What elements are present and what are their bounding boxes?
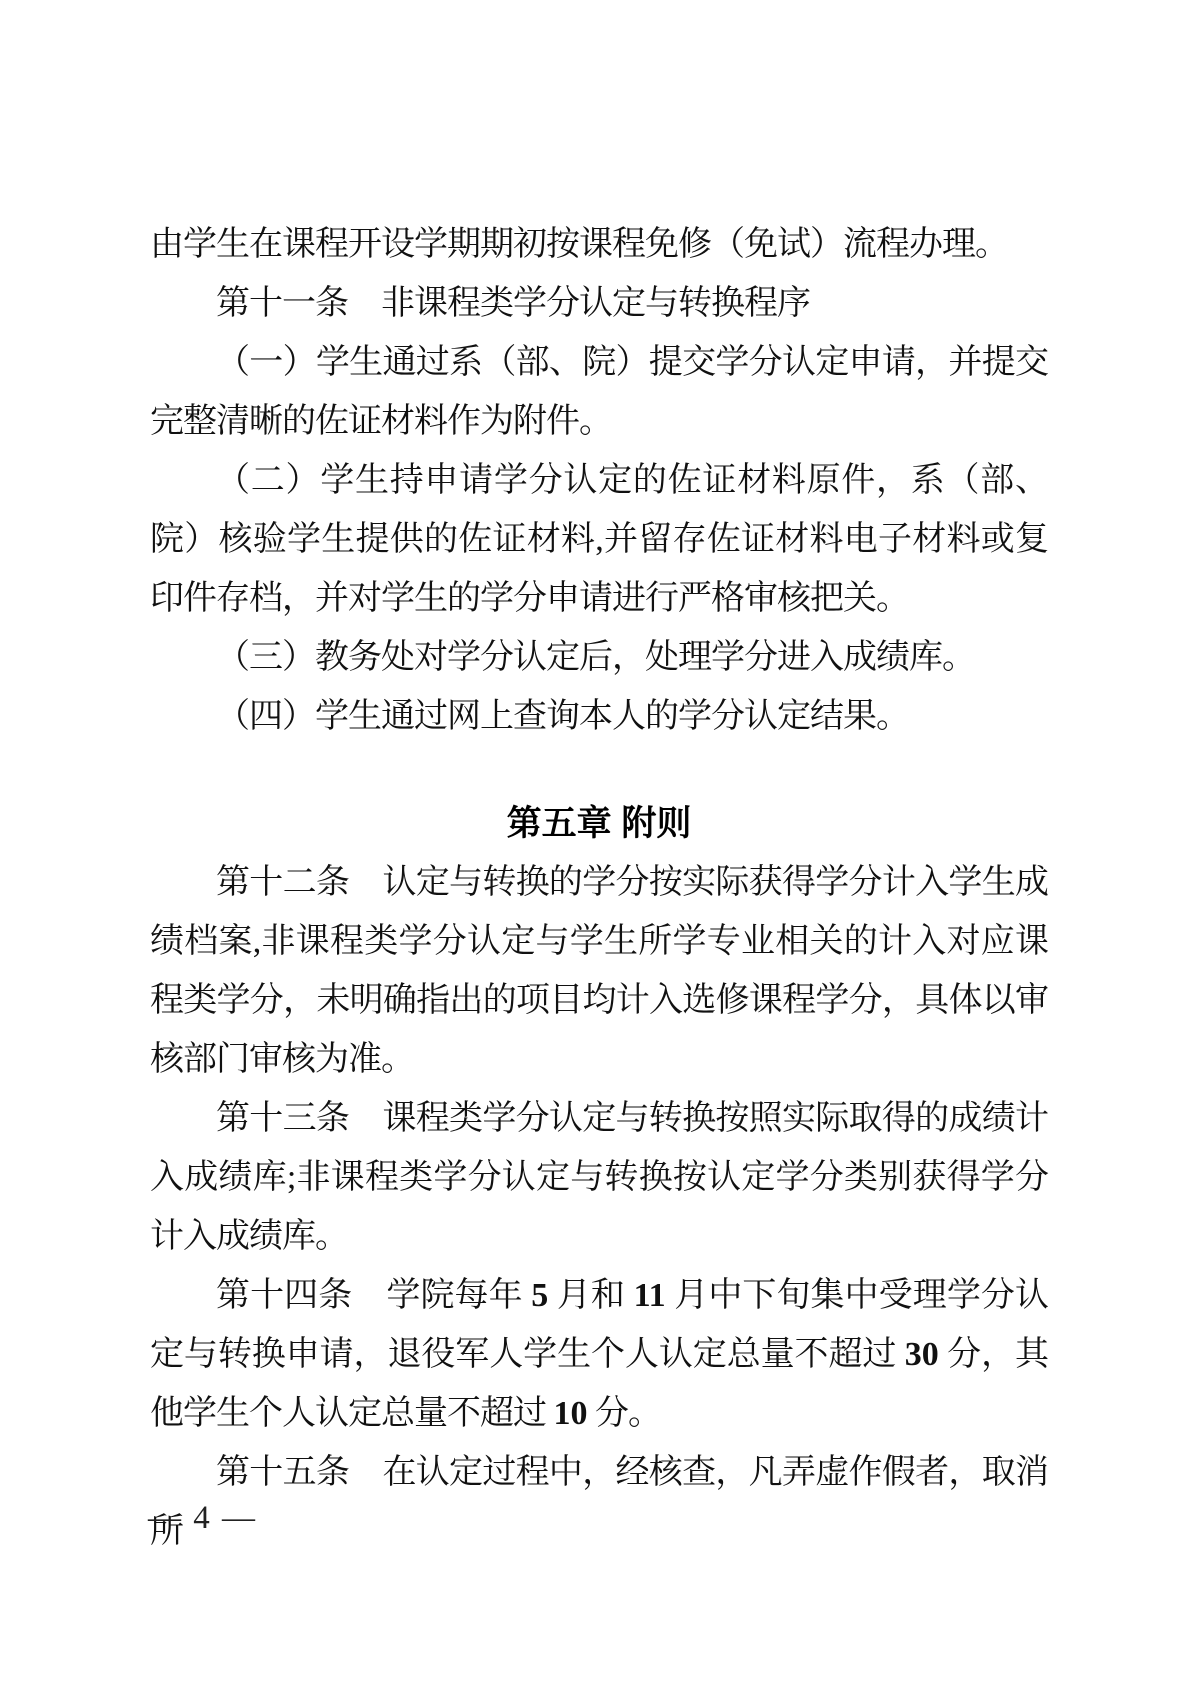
paragraph: 第十一条 非课程类学分认定与转换程序 [150, 274, 1048, 333]
bold-number: 30 [905, 1336, 939, 1373]
document-body: 由学生在课程开设学期期初按课程免修（免试）流程办理。第十一条 非课程类学分认定与… [150, 215, 1048, 1561]
paragraph: 第十五条 在认定过程中，经核查，凡弄虚作假者，取消所 [150, 1443, 1048, 1561]
text-run: 第五章 附则 [507, 804, 692, 843]
bold-number: 5 [531, 1277, 548, 1314]
paragraph: （二）学生持申请学分认定的佐证材料原件，系（部、院）核验学生提供的佐证材料,并留… [150, 451, 1048, 628]
chapter-heading: 第五章 附则 [150, 794, 1048, 853]
paragraph: （三）教务处对学分认定后，处理学分进入成绩库。 [150, 628, 1048, 687]
text-run: 第十五条 在认定过程中，经核查，凡弄虚作假者，取消所 [150, 1454, 1048, 1550]
text-run: 第十三条 课程类学分认定与转换按照实际取得的成绩计入成绩库;非课程类学分认定与转… [150, 1100, 1048, 1255]
paragraph: 第十二条 认定与转换的学分按实际获得学分计入学生成绩档案,非课程类学分认定与学生… [150, 853, 1048, 1089]
text-run: 第十四条 学院每年 [216, 1277, 531, 1314]
text-run: 第十一条 非课程类学分认定与转换程序 [216, 285, 810, 322]
text-run: 月和 [548, 1277, 633, 1314]
bold-number: 10 [554, 1395, 588, 1432]
paragraph: 第十四条 学院每年 5 月和 11 月中下旬集中受理学分认定与转换申请，退役军人… [150, 1266, 1048, 1443]
text-run: （四）学生通过网上查询本人的学分认定结果。 [216, 698, 909, 735]
document-page: 由学生在课程开设学期期初按课程免修（免试）流程办理。第十一条 非课程类学分认定与… [0, 0, 1191, 1684]
bold-number: 11 [634, 1277, 666, 1314]
paragraph: 由学生在课程开设学期期初按课程免修（免试）流程办理。 [150, 215, 1048, 274]
text-run: （一）学生通过系（部、院）提交学分认定申请，并提交完整清晰的佐证材料作为附件。 [150, 344, 1048, 440]
text-run: （三）教务处对学分认定后，处理学分进入成绩库。 [216, 639, 975, 676]
paragraph: （一）学生通过系（部、院）提交学分认定申请，并提交完整清晰的佐证材料作为附件。 [150, 333, 1048, 451]
page-number: — 4 — [148, 1500, 257, 1537]
paragraph: 第十三条 课程类学分认定与转换按照实际取得的成绩计入成绩库;非课程类学分认定与转… [150, 1089, 1048, 1266]
text-run: （二）学生持申请学分认定的佐证材料原件，系（部、院）核验学生提供的佐证材料,并留… [150, 462, 1048, 617]
text-run: 由学生在课程开设学期期初按课程免修（免试）流程办理。 [150, 226, 1008, 263]
text-run: 分。 [588, 1395, 662, 1432]
text-run: 第十二条 认定与转换的学分按实际获得学分计入学生成绩档案,非课程类学分认定与学生… [150, 864, 1048, 1078]
paragraph: （四）学生通过网上查询本人的学分认定结果。 [150, 687, 1048, 746]
